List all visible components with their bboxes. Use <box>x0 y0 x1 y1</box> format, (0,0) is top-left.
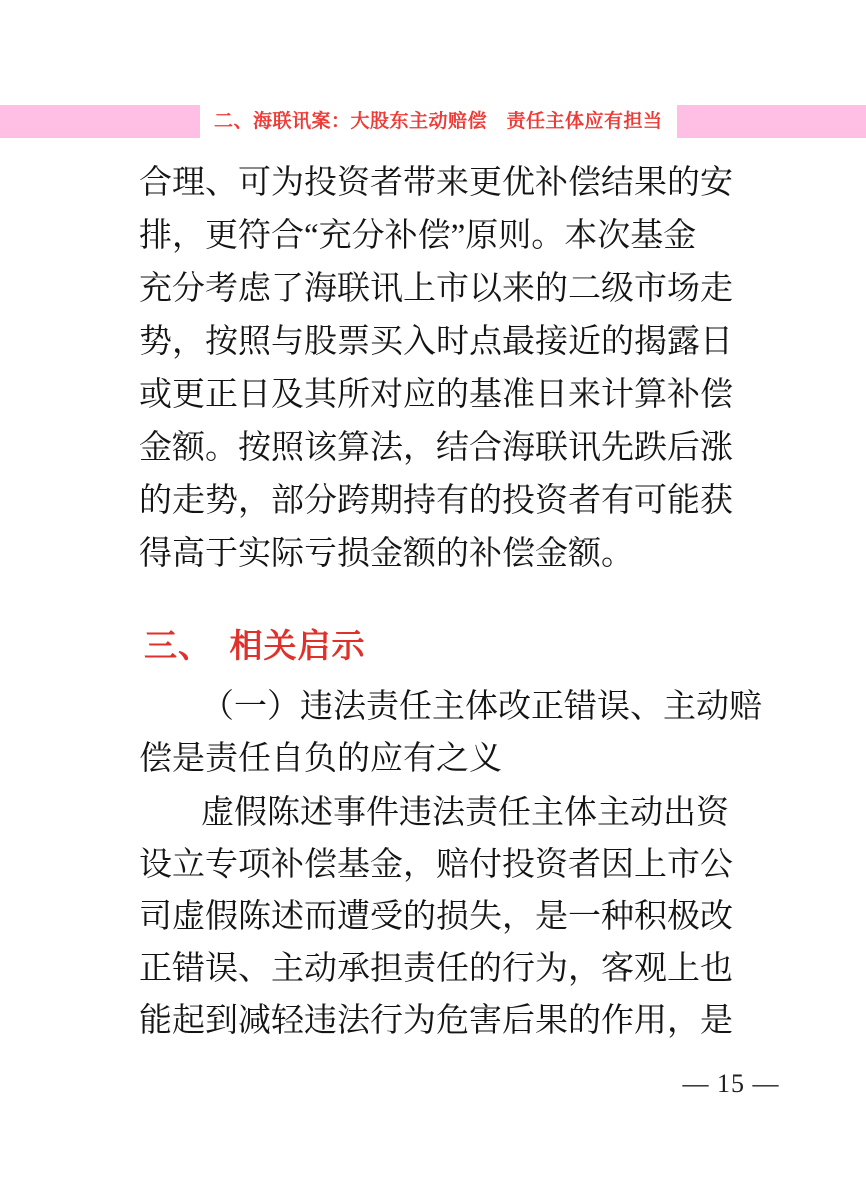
text-line: 司虚假陈述而遭受的损失，是一种积极改 <box>139 891 745 943</box>
text-line: 金额。按照该算法，结合海联讯先跌后涨 <box>139 422 745 475</box>
text-line: 得高于实际亏损金额的补偿金额。 <box>139 528 745 581</box>
paragraph-continuation: 合理、可为投资者带来更优补偿结果的安 排，更符合“充分补偿”原则。本次基金 充分… <box>139 157 745 581</box>
paragraph-body: 虚假陈述事件违法责任主体主动出资 设立专项补偿基金，赔付投资者因上市公 司虚假陈… <box>139 787 745 1047</box>
text-line: （一）违法责任主体改正错误、主动赔 <box>139 681 745 733</box>
text-line: 虚假陈述事件违法责任主体主动出资 <box>139 787 745 839</box>
text-line: 正错误、主动承担责任的行为，客观上也 <box>139 943 745 995</box>
book-page: 二、海联讯案：大股东主动赔偿 责任主体应有担当 合理、可为投资者带来更优补偿结果… <box>0 0 866 1189</box>
text-line: 的走势，部分跨期持有的投资者有可能获 <box>139 475 745 528</box>
text-line: 能起到减轻违法行为危害后果的作用，是 <box>139 995 745 1047</box>
running-header-title: 二、海联讯案：大股东主动赔偿 责任主体应有担当 <box>200 105 677 138</box>
text-line: 偿是责任自负的应有之义 <box>139 733 745 785</box>
text-line: 排，更符合“充分补偿”原则。本次基金 <box>139 210 745 263</box>
text-line: 或更正日及其所对应的基准日来计算补偿 <box>139 369 745 422</box>
header-rule-right <box>677 105 866 138</box>
subsection-heading: （一）违法责任主体改正错误、主动赔 偿是责任自负的应有之义 <box>139 681 745 785</box>
text-line: 合理、可为投资者带来更优补偿结果的安 <box>139 157 745 210</box>
running-header: 二、海联讯案：大股东主动赔偿 责任主体应有担当 <box>0 105 866 138</box>
text-line: 充分考虑了海联讯上市以来的二级市场走 <box>139 263 745 316</box>
header-rule-left <box>0 105 200 138</box>
text-line: 设立专项补偿基金，赔付投资者因上市公 <box>139 839 745 891</box>
page-number: — 15 — <box>656 1068 806 1100</box>
text-line: 势，按照与股票买入时点最接近的揭露日 <box>139 316 745 369</box>
section-heading: 三、 相关启示 <box>144 623 366 669</box>
